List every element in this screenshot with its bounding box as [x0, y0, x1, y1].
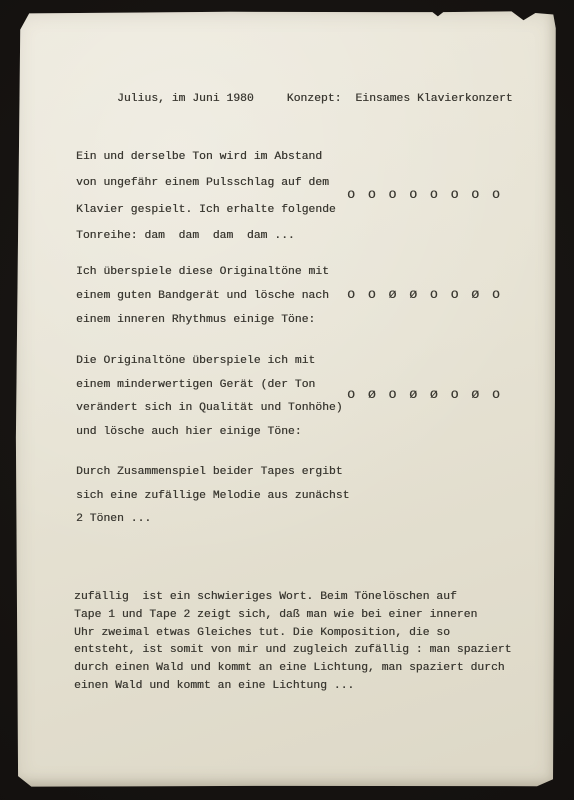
text-line: einem guten Bandgerät und lösche nach	[76, 284, 329, 308]
document-title: Einsames Klavierkonzert	[355, 93, 512, 105]
text-line: durch einen Wald und kommt an eine Licht…	[74, 660, 511, 678]
tone-symbol-erased: ø	[471, 289, 479, 303]
tone-symbol: o	[347, 289, 355, 303]
document-header: Julius, im Juni 1980Konzept:Einsames Kla…	[76, 78, 513, 120]
photo-background: Julius, im Juni 1980Konzept:Einsames Kla…	[0, 0, 574, 800]
tone-symbol-erased: ø	[368, 389, 376, 403]
text-line: Ein und derselbe Ton wird im Abstand	[76, 144, 336, 170]
paragraph-tone-series: Ein und derselbe Ton wird im Abstand von…	[76, 144, 336, 249]
paragraph-tape-1: Ich überspiele diese Originaltöne mit ei…	[76, 260, 329, 332]
tone-symbol: o	[347, 389, 355, 403]
tone-symbol: o	[388, 389, 396, 403]
tone-row-tape-2: o ø o ø ø o ø o	[347, 389, 500, 403]
tone-symbol: o	[450, 389, 458, 403]
text-line: Uhr zweimal etwas Gleiches tut. Die Komp…	[74, 625, 511, 643]
text-line: 2 Tönen ...	[76, 508, 349, 532]
tone-symbol: o	[430, 289, 438, 303]
tone-symbol: o	[492, 289, 500, 303]
header-concept-label: Konzept:	[287, 93, 342, 105]
tone-row-tape-1: o o ø ø o o ø o	[347, 289, 500, 303]
text-line: von ungefähr einem Pulsschlag auf dem	[76, 170, 336, 196]
tone-symbol: o	[347, 189, 355, 203]
tone-symbol: o	[492, 189, 500, 203]
tone-symbol: o	[450, 289, 458, 303]
text-line: Die Originaltöne überspiele ich mit	[76, 350, 343, 374]
tone-symbol: o	[409, 189, 417, 203]
text-line: und lösche auch hier einige Töne:	[76, 421, 343, 445]
text-line: Klavier gespielt. Ich erhalte folgende	[76, 197, 336, 223]
tone-symbol-erased: ø	[388, 289, 396, 303]
text-line: einen Wald und kommt an eine Lichtung ..…	[74, 678, 511, 696]
tone-symbol-erased: ø	[471, 389, 479, 403]
text-line: entsteht, ist somit von mir und zugleich…	[74, 642, 511, 660]
document-paper: Julius, im Juni 1980Konzept:Einsames Kla…	[14, 11, 556, 787]
paragraph-closing: zufällig ist ein schwieriges Wort. Beim …	[74, 589, 511, 696]
text-line: Tonreihe: dam dam dam dam ...	[76, 223, 336, 249]
tone-symbol: o	[368, 189, 376, 203]
tone-symbol: o	[450, 189, 458, 203]
text-line: einem inneren Rhythmus einige Töne:	[76, 308, 329, 332]
text-line: Ich überspiele diese Originaltöne mit	[76, 260, 329, 284]
text-line: verändert sich in Qualität und Tonhöhe)	[76, 397, 343, 421]
tone-symbol-erased: ø	[430, 389, 438, 403]
text-line: zufällig ist ein schwieriges Wort. Beim …	[74, 589, 511, 607]
paragraph-melody: Durch Zusammenspiel beider Tapes ergibt …	[76, 461, 349, 532]
text-line: Durch Zusammenspiel beider Tapes ergibt	[76, 461, 349, 485]
paragraph-tape-2: Die Originaltöne überspiele ich mit eine…	[76, 350, 343, 445]
tone-symbol: o	[492, 389, 500, 403]
text-line: einem minderwertigen Gerät (der Ton	[76, 374, 343, 398]
tone-symbol: o	[430, 189, 438, 203]
tone-symbol: o	[368, 289, 376, 303]
tone-row-original: o o o o o o o o	[347, 189, 500, 203]
tone-symbol: o	[388, 189, 396, 203]
tone-symbol: o	[471, 189, 479, 203]
tone-symbol-erased: ø	[409, 389, 417, 403]
text-line: sich eine zufällige Melodie aus zunächst	[76, 485, 349, 509]
header-date: Julius, im Juni 1980	[117, 93, 254, 105]
text-line: Tape 1 und Tape 2 zeigt sich, daß man wi…	[74, 607, 511, 625]
tone-symbol-erased: ø	[409, 289, 417, 303]
